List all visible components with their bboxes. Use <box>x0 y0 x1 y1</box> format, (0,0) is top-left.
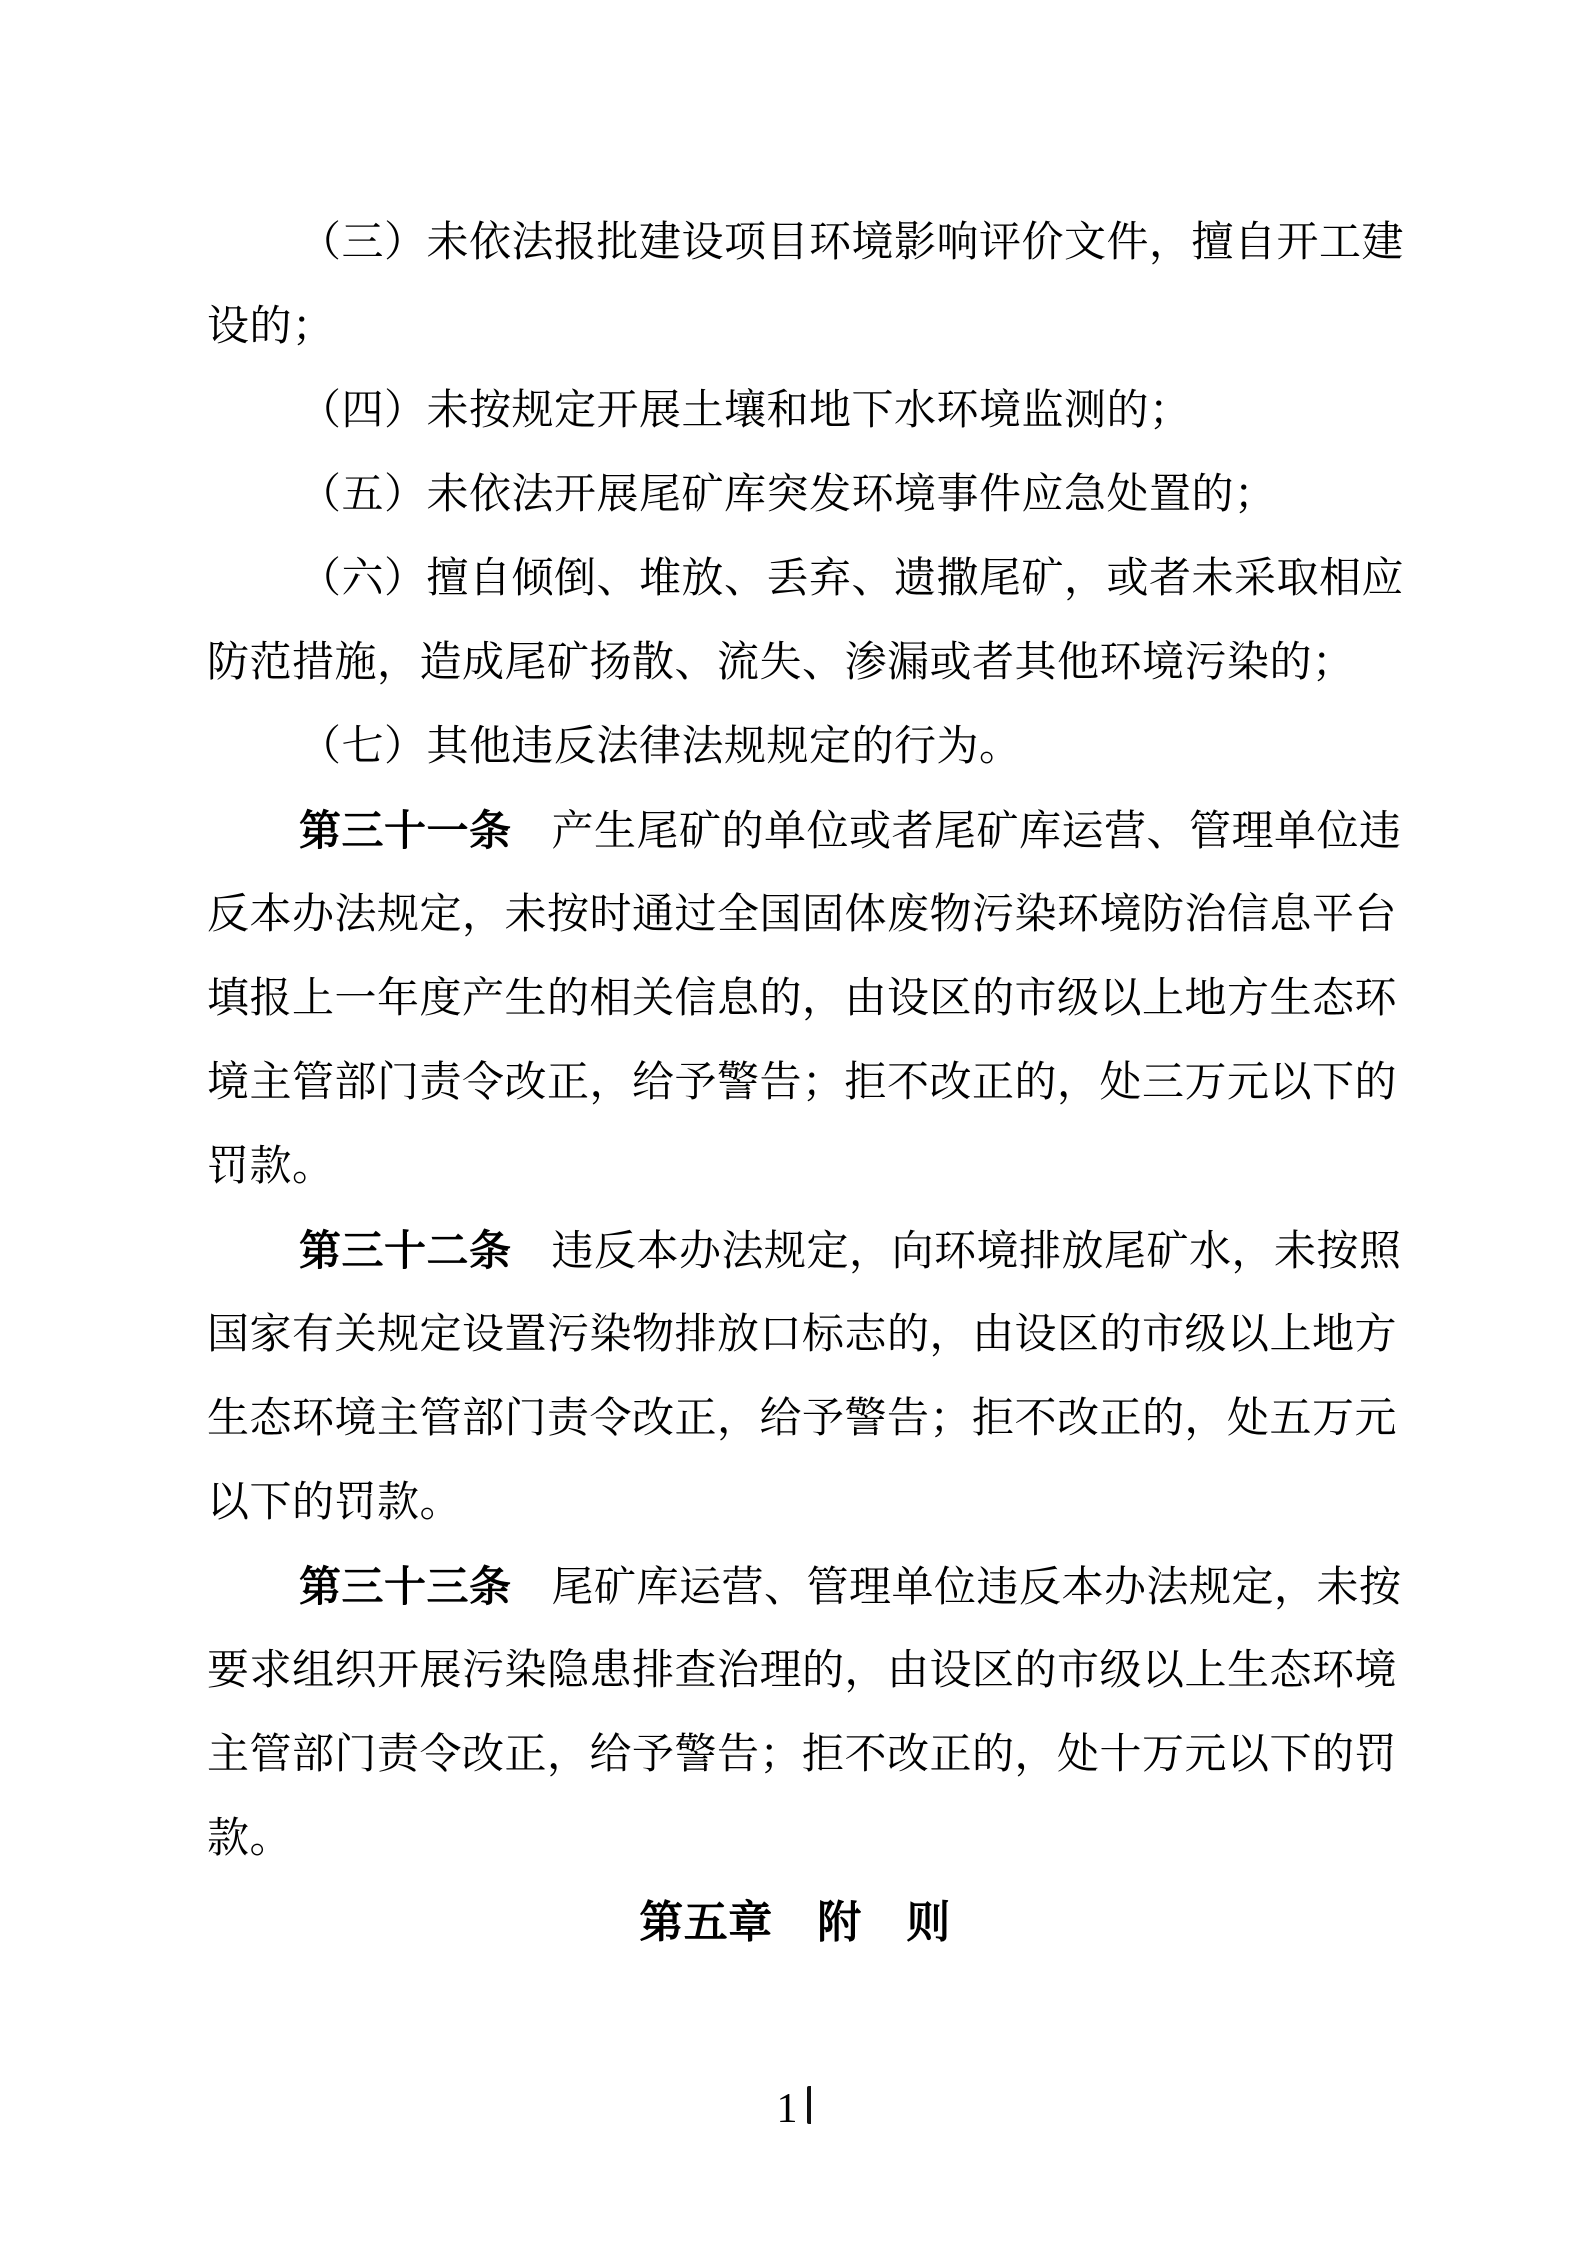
line-text: 产生尾矿的单位或者尾矿库运营、管理单位违 <box>552 809 1402 855</box>
document-page: （三）未依法报批建设项目环境影响评价文件，擅自开工建设的；（四）未按规定开展土壤… <box>0 0 1587 2245</box>
text-line: 反本办法规定，未按时通过全国固体废物污染环境防治信息平台 <box>207 873 1383 957</box>
line-text: 反本办法规定，未按时通过全国固体废物污染环境防治信息平台 <box>207 892 1397 938</box>
line-text: 设的； <box>207 304 335 350</box>
text-line: 款。 <box>207 1797 1383 1881</box>
text-line: （四）未按规定开展土壤和地下水环境监测的； <box>207 369 1383 453</box>
text-line: 防范措施，造成尾矿扬散、流失、渗漏或者其他环境污染的； <box>207 621 1383 705</box>
line-text: 要求组织开展污染隐患排查治理的，由设区的市级以上生态环境 <box>207 1648 1397 1694</box>
page-footer: 1 <box>0 2086 1587 2132</box>
text-line: 主管部门责令改正，给予警告；拒不改正的，处十万元以下的罚 <box>207 1713 1383 1797</box>
line-text: 违反本办法规定，向环境排放尾矿水，未按照 <box>552 1229 1402 1275</box>
line-text: 主管部门责令改正，给予警告；拒不改正的，处十万元以下的罚 <box>207 1732 1397 1778</box>
article-number: 第三十二条 <box>299 1227 512 1274</box>
text-line: （六）擅自倾倒、堆放、丢弃、遗撒尾矿，或者未采取相应 <box>207 537 1383 621</box>
text-line: （三）未依法报批建设项目环境影响评价文件，擅自开工建 <box>207 201 1383 285</box>
line-text: （七）其他违反法律法规规定的行为。 <box>299 724 1022 770</box>
document-body: （三）未依法报批建设项目环境影响评价文件，擅自开工建设的；（四）未按规定开展土壤… <box>207 201 1383 1965</box>
line-text: （五）未依法开展尾矿库突发环境事件应急处置的； <box>299 472 1277 518</box>
text-line: 生态环境主管部门责令改正，给予警告；拒不改正的，处五万元 <box>207 1377 1383 1461</box>
line-text: （六）擅自倾倒、堆放、丢弃、遗撒尾矿，或者未采取相应 <box>299 556 1404 602</box>
text-line: 要求组织开展污染隐患排查治理的，由设区的市级以上生态环境 <box>207 1629 1383 1713</box>
line-text: 罚款。 <box>207 1144 335 1190</box>
text-line: 第三十一条产生尾矿的单位或者尾矿库运营、管理单位违 <box>207 789 1383 873</box>
text-line: 填报上一年度产生的相关信息的，由设区的市级以上地方生态环 <box>207 957 1383 1041</box>
line-text: 填报上一年度产生的相关信息的，由设区的市级以上地方生态环 <box>207 976 1397 1022</box>
article-number: 第三十三条 <box>299 1563 512 1610</box>
text-line: 第三十二条违反本办法规定，向环境排放尾矿水，未按照 <box>207 1209 1383 1293</box>
line-text: 国家有关规定设置污染物排放口标志的，由设区的市级以上地方 <box>207 1312 1397 1358</box>
line-text: （四）未按规定开展土壤和地下水环境监测的； <box>299 388 1192 434</box>
clipped-digit-artifact <box>807 2086 811 2124</box>
page-number: 1 <box>777 2086 798 2132</box>
line-text: 生态环境主管部门责令改正，给予警告；拒不改正的，处五万元 <box>207 1396 1397 1442</box>
text-line: 境主管部门责令改正，给予警告；拒不改正的，处三万元以下的 <box>207 1041 1383 1125</box>
text-line: （五）未依法开展尾矿库突发环境事件应急处置的； <box>207 453 1383 537</box>
line-text: 防范措施，造成尾矿扬散、流失、渗漏或者其他环境污染的； <box>207 640 1355 686</box>
text-line: 第三十三条尾矿库运营、管理单位违反本办法规定，未按 <box>207 1545 1383 1629</box>
text-line: 以下的罚款。 <box>207 1461 1383 1545</box>
line-text: 款。 <box>207 1816 292 1862</box>
text-line: 国家有关规定设置污染物排放口标志的，由设区的市级以上地方 <box>207 1293 1383 1377</box>
article-number: 第三十一条 <box>299 807 512 854</box>
line-text: 尾矿库运营、管理单位违反本办法规定，未按 <box>552 1565 1402 1611</box>
line-text: （三）未依法报批建设项目环境影响评价文件，擅自开工建 <box>299 220 1404 266</box>
text-line: （七）其他违反法律法规规定的行为。 <box>207 705 1383 789</box>
line-text: 境主管部门责令改正，给予警告；拒不改正的，处三万元以下的 <box>207 1060 1397 1106</box>
text-line: 设的； <box>207 285 1383 369</box>
text-line: 罚款。 <box>207 1125 1383 1209</box>
chapter-heading-text: 第五章 附 则 <box>639 1898 951 1947</box>
chapter-heading: 第五章 附 则 <box>207 1881 1383 1965</box>
line-text: 以下的罚款。 <box>207 1480 462 1526</box>
